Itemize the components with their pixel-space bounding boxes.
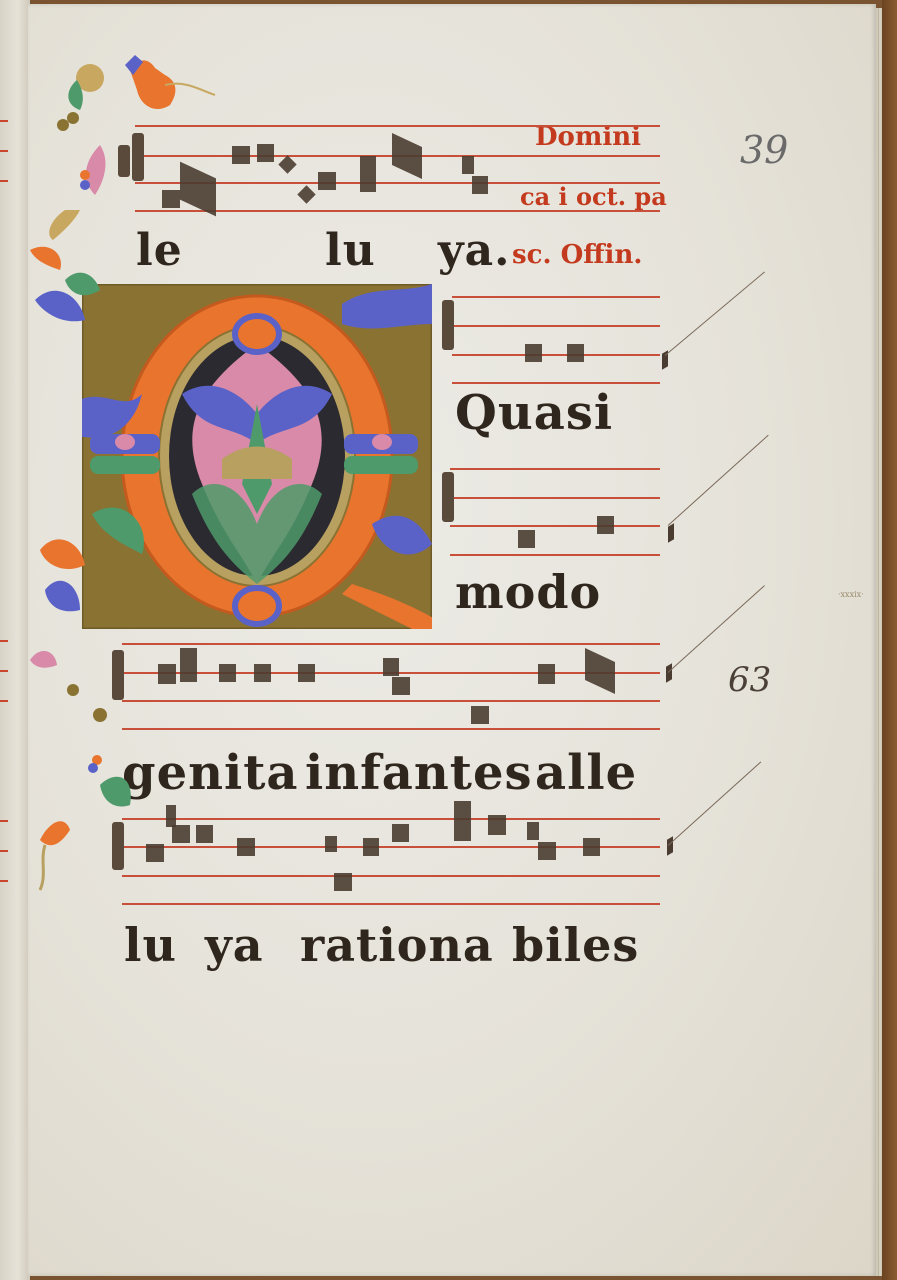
staff-2	[452, 296, 660, 386]
note	[518, 530, 535, 548]
note	[237, 838, 255, 856]
lyric-alle: alle	[535, 745, 637, 801]
note	[232, 146, 250, 164]
note	[383, 658, 399, 676]
rubric-line-3: sc. Offin.	[512, 240, 642, 270]
note	[257, 144, 274, 162]
note	[325, 836, 337, 852]
lyric-rationa: rationa	[300, 918, 494, 972]
note	[538, 664, 555, 684]
lyric-modo: modo	[455, 565, 601, 619]
lyric-biles: biles	[512, 918, 639, 972]
note	[254, 664, 271, 682]
note	[597, 516, 614, 534]
note	[454, 801, 471, 841]
note	[471, 706, 489, 724]
note	[527, 822, 539, 840]
lyric-lu: lu	[124, 918, 177, 972]
c-clef	[442, 472, 454, 522]
note	[472, 176, 488, 194]
marginal-number: 63	[728, 660, 771, 700]
note	[583, 838, 600, 856]
note	[525, 344, 542, 362]
note	[318, 172, 336, 190]
folio-number: 39	[740, 128, 788, 172]
lyric-quasi: Quasi	[455, 385, 613, 441]
border-decoration	[25, 50, 225, 900]
lyric-ya: ya	[205, 918, 264, 972]
book-binding	[882, 0, 897, 1280]
roman-folio-number: ·xxxix·	[838, 590, 864, 599]
note	[363, 838, 379, 856]
note	[567, 344, 584, 362]
note	[360, 156, 376, 192]
note	[462, 156, 474, 174]
note	[538, 842, 556, 860]
lyric-lu: lu	[325, 225, 376, 276]
note	[392, 677, 410, 695]
note	[488, 815, 506, 835]
staff-3	[450, 468, 660, 558]
c-clef	[442, 300, 454, 350]
note	[298, 664, 315, 682]
lyric-ya: ya.	[438, 225, 510, 276]
lyric-infantes: infantes	[305, 745, 533, 801]
note	[334, 873, 352, 891]
note	[392, 824, 409, 842]
